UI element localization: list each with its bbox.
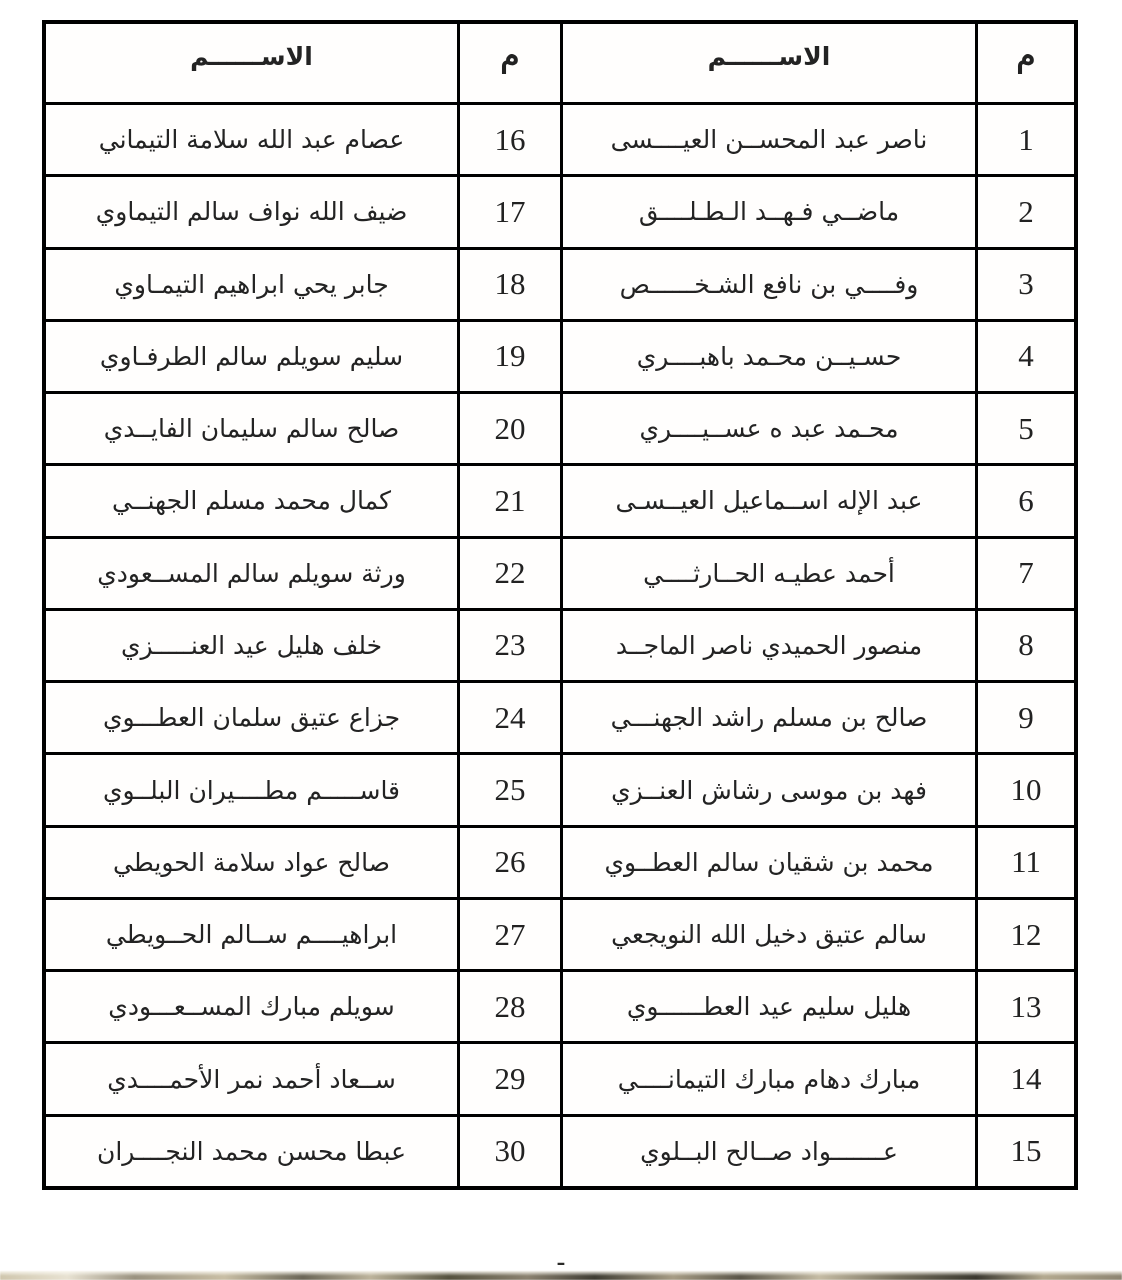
name-cell: صالح سالم سليمان الفايــدي <box>46 394 457 463</box>
name-cell: أحمد عطيـه الحــارثــــي <box>563 539 975 608</box>
name-cell: عـــــــواد صــالح البــلوي <box>563 1117 975 1186</box>
roster-table: م الاســــــم م الاســــــم 1ناصر عبد ال… <box>42 20 1078 1190</box>
index-cell: 24 <box>460 683 560 752</box>
name-cell: مبارك دهام مبارك التيمانــــي <box>563 1044 975 1113</box>
name-cell: جابر يحي ابراهيم التيمـاوي <box>46 250 457 319</box>
index-cell: 7 <box>978 539 1074 608</box>
name-cell: صالح عواد سلامة الحويطي <box>46 828 457 897</box>
index-cell: 3 <box>978 250 1074 319</box>
scanned-document-page: م الاســــــم م الاســــــم 1ناصر عبد ال… <box>0 0 1122 1280</box>
index-cell: 9 <box>978 683 1074 752</box>
header-index-left: م <box>460 24 560 102</box>
name-cell: محـمد عبد ه عســيــــري <box>563 394 975 463</box>
index-cell: 17 <box>460 177 560 246</box>
index-cell: 13 <box>978 972 1074 1041</box>
index-cell: 28 <box>460 972 560 1041</box>
name-cell: حسـيــن محـمد باهبــــري <box>563 322 975 391</box>
name-cell: عصام عبد الله سلامة التيماني <box>46 105 457 174</box>
index-cell: 14 <box>978 1044 1074 1113</box>
index-cell: 12 <box>978 900 1074 969</box>
index-cell: 15 <box>978 1117 1074 1186</box>
name-cell: قاســـــم مطــــيران البلــوي <box>46 755 457 824</box>
name-cell: كمال محمد مسلم الجهنــي <box>46 466 457 535</box>
name-cell: سويلم مبارك المســعـــودي <box>46 972 457 1041</box>
name-cell: جزاع عتيق سلمان العطـــوي <box>46 683 457 752</box>
index-cell: 20 <box>460 394 560 463</box>
name-cell: ناصر عبد المحســن العيــــسى <box>563 105 975 174</box>
page-number-dash: - <box>0 1252 1122 1272</box>
index-cell: 11 <box>978 828 1074 897</box>
name-cell: ضيف الله نواف سالم التيماوي <box>46 177 457 246</box>
index-cell: 8 <box>978 611 1074 680</box>
name-cell: سليم سويلم سالم الطرفـاوي <box>46 322 457 391</box>
name-cell: ســعاد أحمد نمر الأحمــــدي <box>46 1044 457 1113</box>
index-cell: 25 <box>460 755 560 824</box>
index-cell: 21 <box>460 466 560 535</box>
index-cell: 27 <box>460 900 560 969</box>
index-cell: 29 <box>460 1044 560 1113</box>
index-cell: 5 <box>978 394 1074 463</box>
name-cell: محمد بن شقيان سالم العطــوي <box>563 828 975 897</box>
index-cell: 19 <box>460 322 560 391</box>
header-index-right: م <box>978 24 1074 102</box>
header-name-right: الاســــــم <box>563 24 975 102</box>
name-cell: ورثة سويلم سالم المســعودي <box>46 539 457 608</box>
index-cell: 1 <box>978 105 1074 174</box>
name-cell: هليل سليم عيد العطــــــوي <box>563 972 975 1041</box>
index-cell: 10 <box>978 755 1074 824</box>
index-cell: 22 <box>460 539 560 608</box>
name-cell: عبطا محسن محمد النجــــران <box>46 1117 457 1186</box>
name-cell: ابراهيــــم ســالم الحــويطي <box>46 900 457 969</box>
index-cell: 23 <box>460 611 560 680</box>
name-cell: ماضــي فـهــد الـطـلــــق <box>563 177 975 246</box>
name-cell: فهد بن موسى رشاش العنــزي <box>563 755 975 824</box>
name-cell: خلف هليل عيد العنـــــزي <box>46 611 457 680</box>
name-cell: سالم عتيق دخيل الله النويجعي <box>563 900 975 969</box>
name-cell: صالح بن مسلم راشد الجهنـــي <box>563 683 975 752</box>
index-cell: 16 <box>460 105 560 174</box>
index-cell: 26 <box>460 828 560 897</box>
name-cell: وفــــي بن نافع الشـخــــــص <box>563 250 975 319</box>
index-cell: 2 <box>978 177 1074 246</box>
index-cell: 18 <box>460 250 560 319</box>
index-cell: 4 <box>978 322 1074 391</box>
index-cell: 30 <box>460 1117 560 1186</box>
index-cell: 6 <box>978 466 1074 535</box>
scan-artifact-strip <box>0 1271 1122 1280</box>
name-cell: منصور الحميدي ناصر الماجــد <box>563 611 975 680</box>
header-name-left: الاســــــم <box>46 24 457 102</box>
name-cell: عبد الإله اســماعيل العيــسـى <box>563 466 975 535</box>
